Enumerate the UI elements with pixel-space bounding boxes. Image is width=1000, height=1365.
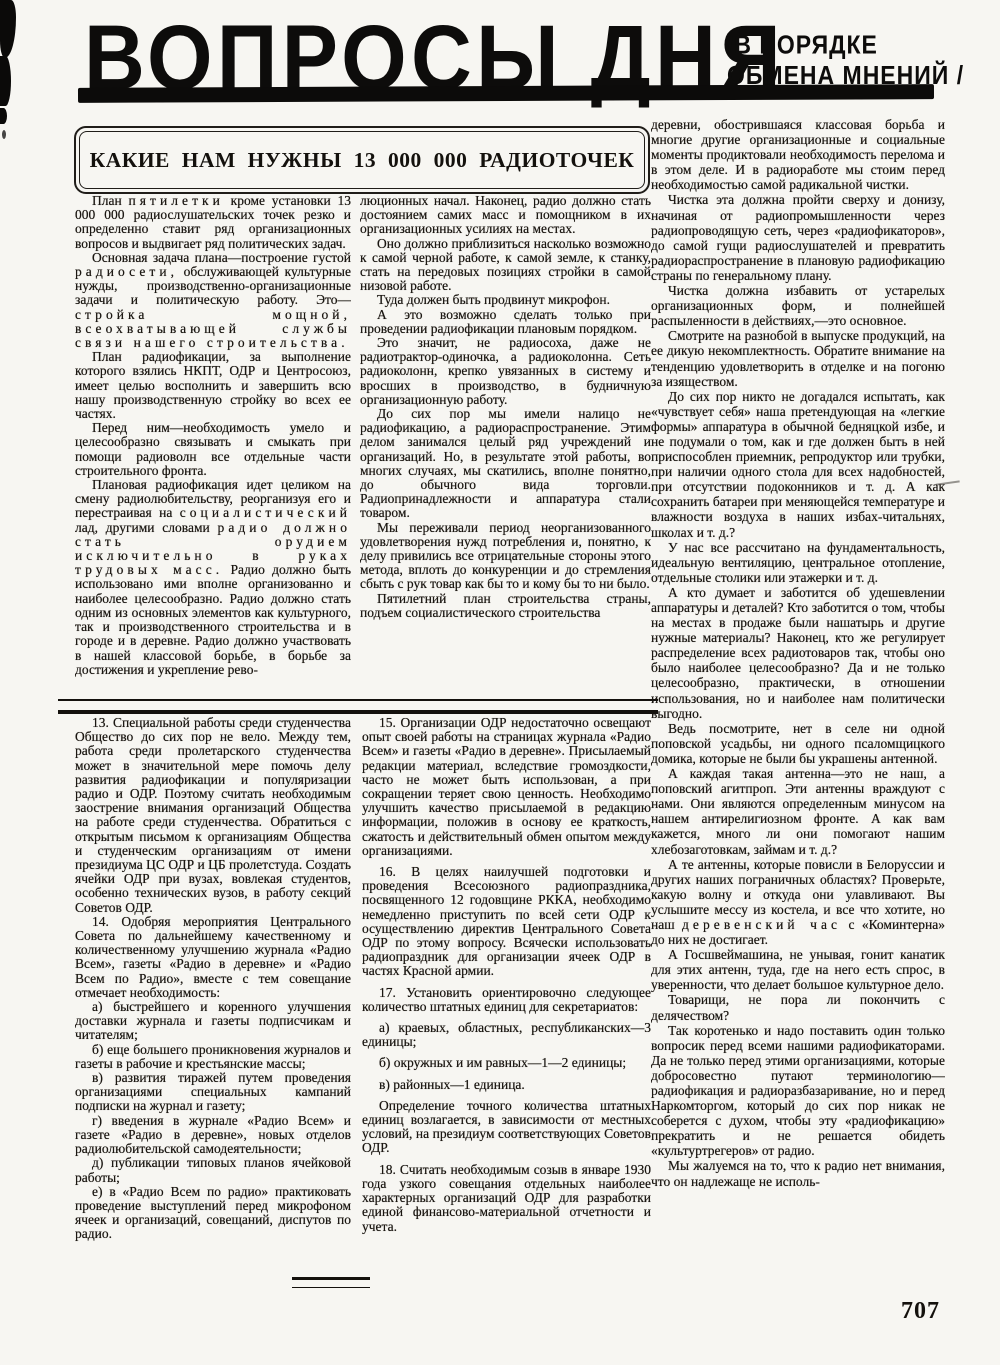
- paragraph: 15. Организации ОДР недостаточно освещаю…: [362, 716, 651, 858]
- page-number: 707: [901, 1298, 940, 1325]
- paragraph: Чистка эта должна пройти сверху и донизу…: [651, 192, 945, 283]
- paragraph: г) введения в журнале «Радио Всем» и газ…: [75, 1114, 351, 1157]
- paragraph: б) окружных и им равных—1—2 единицы;: [362, 1056, 651, 1070]
- article-column-3: деревни, обострившаяся классовая борьба …: [651, 117, 945, 1275]
- paragraph: а) быстрейшего и коренного улучшения дос…: [75, 1000, 351, 1043]
- article-column-2: люционных начал. Наконец, радио должно с…: [360, 194, 651, 696]
- section-divider-rule: [58, 699, 658, 714]
- paragraph: в) районных—1 единица.: [362, 1078, 651, 1092]
- paragraph: А каждая такая антенна—это не наш, а поп…: [651, 766, 945, 857]
- paragraph: б) еще большего проникновения журналов и…: [75, 1043, 351, 1071]
- paragraph: До сих пор мы имели налицо не радиофикац…: [360, 407, 651, 521]
- scan-edge-mark: [0, 56, 11, 106]
- scan-edge-mark: [0, 108, 7, 124]
- paragraph: У нас все рассчитано на фундаментальност…: [651, 540, 945, 585]
- headline-box: КАКИЕ НАМ НУЖНЫ 13 000 000 РАДИОТОЧЕК: [74, 126, 650, 194]
- paragraph: 17. Установить ориентировочно следующее …: [362, 986, 651, 1014]
- masthead-tagline: /В ПОРЯДКЕ ОБМЕНА МНЕНИЙ /: [727, 30, 967, 90]
- paragraph: а) краевых, областных, республиканских—3…: [362, 1021, 651, 1049]
- masthead-rule: [78, 84, 934, 103]
- paragraph: д) публикации типовых планов ячейковой р…: [75, 1156, 351, 1184]
- paragraph: 13. Специальной работы среди студенчеств…: [75, 716, 351, 915]
- resolutions-column-2: 15. Организации ОДР недостаточно освещаю…: [362, 716, 651, 1264]
- paragraph: Чистка должна избавить от устарелых орга…: [651, 283, 945, 328]
- paragraph: люционных начал. Наконец, радио должно с…: [360, 194, 651, 237]
- paragraph: 18. Считать необходимым созыв в январе 1…: [362, 1163, 651, 1234]
- scan-edge-mark: [0, 0, 16, 58]
- paragraph: План пятилетки кроме установки 13 000 00…: [75, 194, 351, 251]
- paragraph: Пятилетний план строительства страны, по…: [360, 592, 651, 620]
- headline-box-inner: КАКИЕ НАМ НУЖНЫ 13 000 000 РАДИОТОЧЕК: [79, 131, 645, 189]
- article-headline: КАКИЕ НАМ НУЖНЫ 13 000 000 РАДИОТОЧЕК: [90, 148, 635, 173]
- paragraph: 14. Одобряя мероприятия Центрального Сов…: [75, 915, 351, 1000]
- end-of-article-rule: [292, 1277, 370, 1288]
- paragraph: деревни, обострившаяся классовая борьба …: [651, 117, 945, 192]
- paragraph: А кто думает и заботится об удешевлении …: [651, 585, 945, 721]
- paragraph: План радиофикации, за выполнение которог…: [75, 350, 351, 421]
- paragraph: Перед ним—необходимость умело и целесооб…: [75, 421, 351, 478]
- paragraph: Так коротенько и надо поставить один тол…: [651, 1023, 945, 1159]
- masthead-tagline-line1: /В ПОРЯДКЕ: [727, 30, 967, 60]
- paragraph: Оно должно приблизиться насколько возмож…: [360, 237, 651, 294]
- paragraph: Определение точного количества штатных е…: [362, 1099, 651, 1156]
- paragraph: в) развития тиражей путем проведения орг…: [75, 1071, 351, 1114]
- scan-edge-mark: [2, 130, 6, 139]
- paragraph: Смотрите на разнобой в выпуске продукций…: [651, 328, 945, 388]
- paragraph: 16. В целях наилучшей подготовки и прове…: [362, 865, 651, 979]
- paragraph: А те антенны, которые повисли в Белорусс…: [651, 857, 945, 948]
- paragraph: Мы переживали период неорганизованного у…: [360, 521, 651, 592]
- paragraph: До сих пор никто не догадался испытать, …: [651, 389, 945, 540]
- paragraph: А Госшвеймашина, не унывая, гонит канати…: [651, 947, 945, 992]
- paragraph: е) в «Радио Всем по радио» практиковать …: [75, 1185, 351, 1242]
- paragraph: Ведь посмотрите, нет в селе ни одной поп…: [651, 721, 945, 766]
- newspaper-page: ВОПРОСЫ ДНЯ /В ПОРЯДКЕ ОБМЕНА МНЕНИЙ / К…: [0, 0, 1000, 1365]
- resolutions-column-1: 13. Специальной работы среди студенчеств…: [75, 716, 351, 1264]
- paragraph: А это возможно сделать только при провед…: [360, 308, 651, 336]
- paragraph: Товарищи, не пора ли покончить с делячес…: [651, 992, 945, 1022]
- article-column-1: План пятилетки кроме установки 13 000 00…: [75, 194, 351, 696]
- paragraph: Мы жалуемся на то, что к радио нет внима…: [651, 1158, 945, 1188]
- paragraph: Основная задача плана—построение густой …: [75, 251, 351, 350]
- paragraph: Туда должен быть продвинут микрофон.: [360, 293, 651, 307]
- paragraph: Это значит, не радиосоха, даже не радиот…: [360, 336, 651, 407]
- paragraph: Плановая радиофикация идет целиком на см…: [75, 478, 351, 677]
